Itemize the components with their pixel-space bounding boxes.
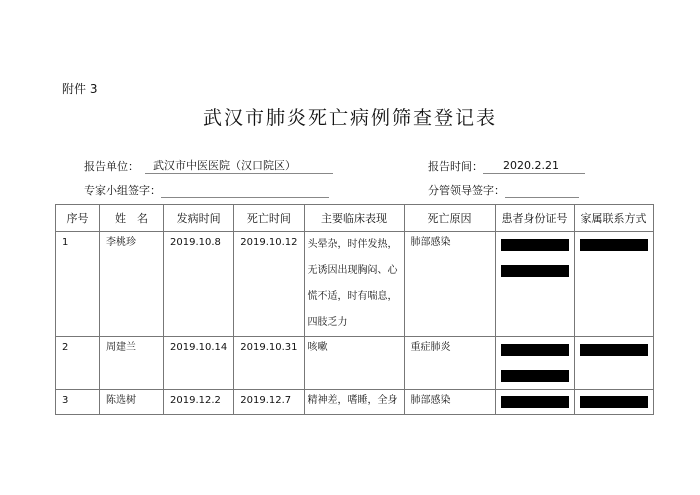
row-cause: 肺部感染 [405, 390, 495, 408]
row-cause: 肺部感染 [405, 232, 495, 250]
row-clinical: 精神差，嗜睡，全身 [305, 390, 404, 408]
expert-sign-row: 专家小组签字： [84, 182, 329, 198]
leader-sign-row: 分管领导签字： [428, 182, 579, 198]
table-header-row: 序号 姓 名 发病时间 死亡时间 主要临床表现 死亡原因 患者身份证号 家属联系… [56, 205, 654, 232]
row-no: 2 [56, 337, 99, 355]
report-time-label: 报告时间： [428, 158, 483, 174]
header-clinical: 主要临床表现 [304, 205, 404, 232]
redaction-bar [501, 265, 569, 277]
row-id-redacted [496, 390, 574, 408]
redaction-bar [501, 370, 569, 382]
clinical-line: 四肢乏力 [308, 310, 398, 336]
row-death: 2019.10.12 [234, 232, 303, 250]
row-clinical: 头晕杂，时伴发热， 无诱因出现胸闷、心 慌不适，时有喘息， 四肢乏力 [305, 232, 404, 336]
attachment-label: 附件 3 [62, 80, 97, 97]
header-contact: 家属联系方式 [574, 205, 653, 232]
row-death: 2019.12.7 [234, 390, 303, 408]
document-title: 武汉市肺炎死亡病例筛查登记表 [0, 103, 700, 130]
redaction-bar [501, 239, 569, 251]
table-row: 3 陈选树 2019.12.2 2019.12.7 精神差，嗜睡，全身 肺部感染 [56, 390, 654, 415]
row-no: 3 [56, 390, 99, 408]
clinical-line: 无诱因出现胸闷、心 [308, 258, 398, 284]
row-contact-redacted [575, 232, 653, 251]
report-time-row: 报告时间： 2020.2.21 [428, 158, 585, 174]
redaction-bar [580, 396, 648, 408]
row-no: 1 [56, 232, 99, 250]
header-no: 序号 [56, 205, 100, 232]
screening-register-table: 序号 姓 名 发病时间 死亡时间 主要临床表现 死亡原因 患者身份证号 家属联系… [55, 204, 654, 415]
row-contact-redacted [575, 390, 653, 408]
report-unit-label: 报告单位： [84, 158, 139, 174]
expert-sign-label: 专家小组签字： [84, 182, 161, 198]
row-cause: 重症肺炎 [405, 337, 495, 355]
row-name: 周建兰 [100, 337, 163, 355]
redaction-bar [580, 344, 648, 356]
row-onset: 2019.10.8 [164, 232, 233, 250]
table-row: 1 李桃珍 2019.10.8 2019.10.12 头晕杂，时伴发热， 无诱因… [56, 232, 654, 337]
redaction-bar [501, 396, 569, 408]
row-onset: 2019.10.14 [164, 337, 233, 355]
expert-sign-field [161, 183, 329, 198]
redaction-bar [580, 239, 648, 251]
row-death: 2019.10.31 [234, 337, 303, 355]
header-name: 姓 名 [100, 205, 164, 232]
row-contact-redacted [575, 337, 653, 356]
row-onset: 2019.12.2 [164, 390, 233, 408]
report-unit-value: 武汉市中医医院（汉口院区） [145, 159, 333, 174]
row-clinical: 咳嗽 [305, 337, 404, 355]
redaction-bar [501, 344, 569, 356]
header-id: 患者身份证号 [495, 205, 574, 232]
header-cause: 死亡原因 [404, 205, 495, 232]
leader-sign-label: 分管领导签字： [428, 182, 505, 198]
leader-sign-field [505, 183, 579, 198]
row-id-redacted [496, 232, 574, 277]
table-row: 2 周建兰 2019.10.14 2019.10.31 咳嗽 重症肺炎 [56, 337, 654, 390]
header-onset: 发病时间 [164, 205, 234, 232]
header-death: 死亡时间 [234, 205, 304, 232]
row-id-redacted [496, 337, 574, 382]
report-time-value: 2020.2.21 [483, 159, 585, 174]
report-unit-row: 报告单位： 武汉市中医医院（汉口院区） [84, 158, 333, 174]
row-name: 陈选树 [100, 390, 163, 408]
clinical-line: 慌不适，时有喘息， [308, 284, 398, 310]
clinical-line: 头晕杂，时伴发热， [308, 232, 398, 258]
row-name: 李桃珍 [100, 232, 163, 250]
